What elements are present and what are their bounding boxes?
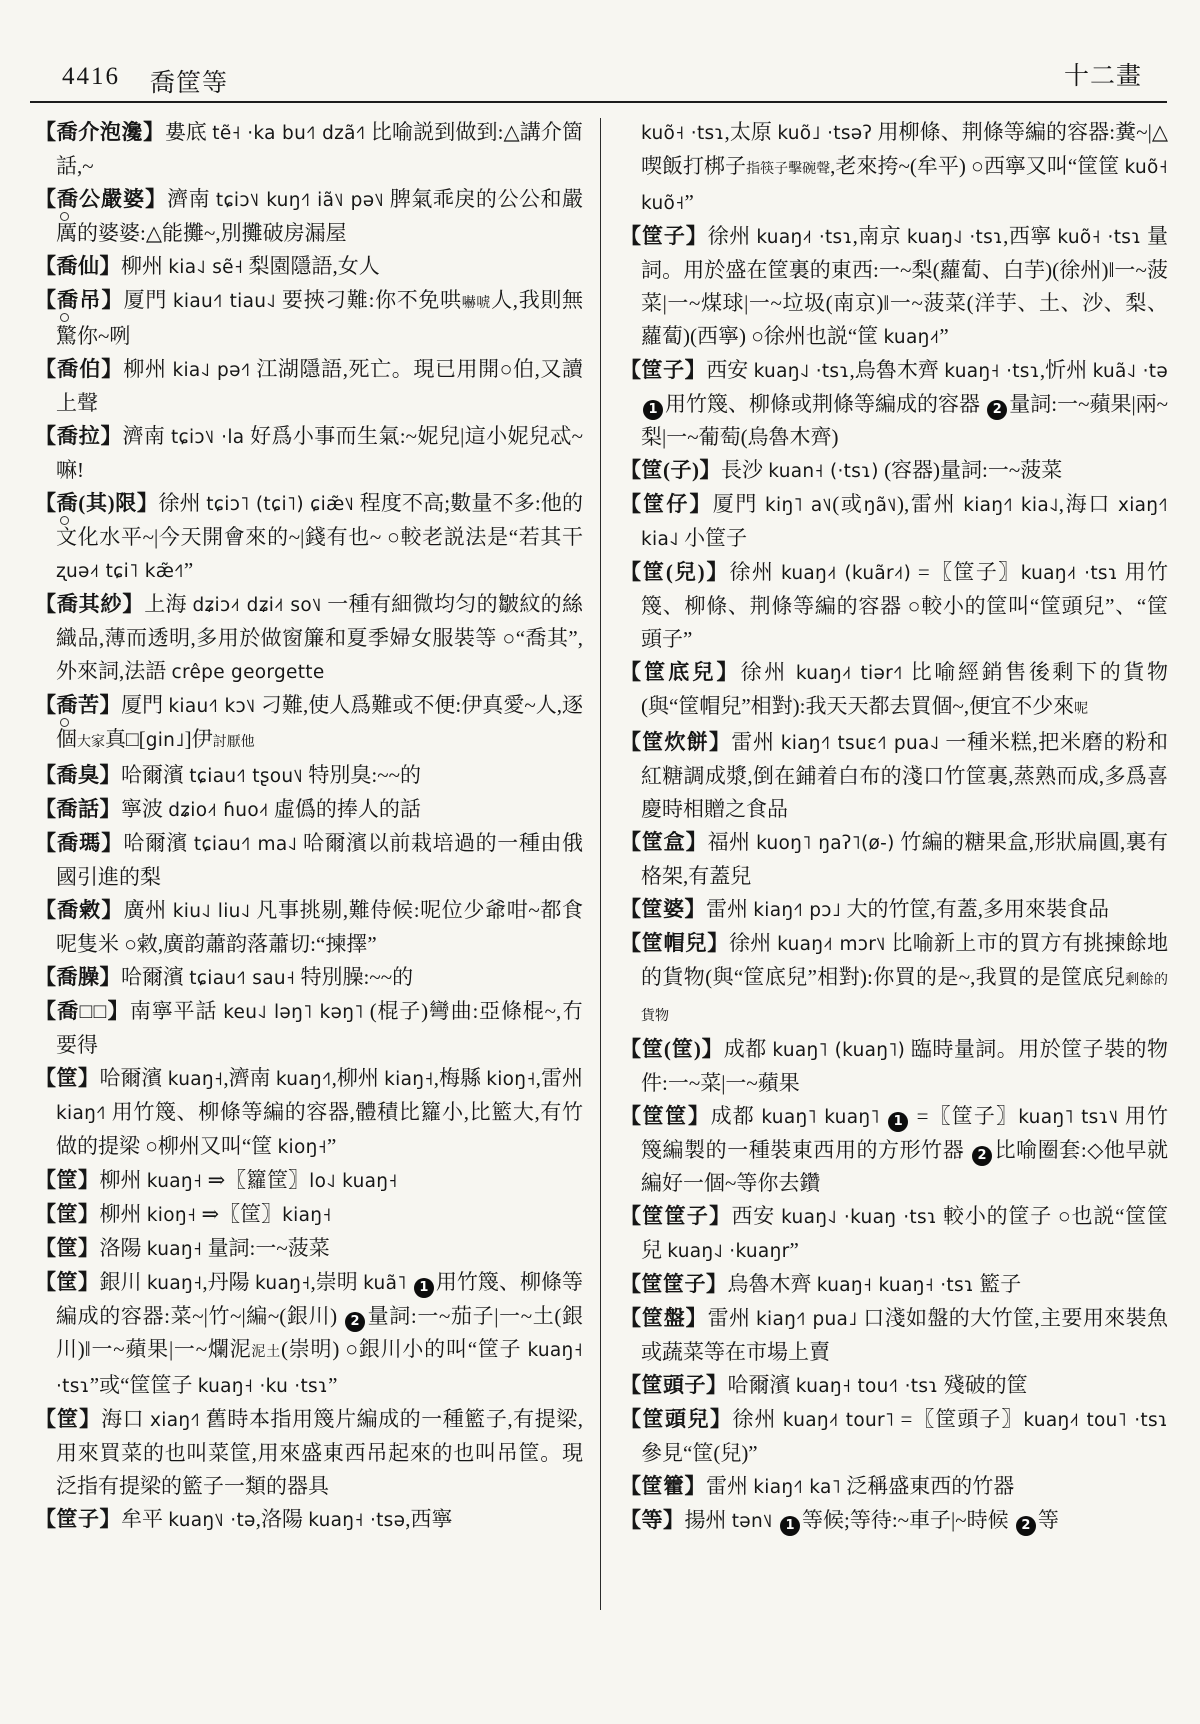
phonetic-transcription: kuaŋ˥ kuaŋ˥ [761,1107,879,1128]
definition-text: 濟南 [167,187,216,211]
definition-text: 籃子 [974,1272,1021,1296]
phonetic-transcription: kuaŋ˥ (kuaŋ˥) [772,1040,905,1061]
sense-number: 1 [780,1516,800,1536]
dictionary-entry: 【喬臭】哈爾濱 tɕiau˧˥ tʂou˥˩ 特別臭:~~的 [35,759,583,793]
definition-text: 雷州 [706,1474,753,1498]
dictionary-entry: 【筐盤】雷州 kiaŋ˧˥ pua˩ 口淺如盤的大竹筐,主要用來裝魚或蔬菜等在市… [620,1302,1168,1369]
dictionary-entry: 【筐】洛陽 kuaŋ˧ 量詞:一~菠菜 [35,1232,583,1266]
entry-headword: 【筐子】 [620,358,706,382]
entry-headword: 【筐】 [35,1407,101,1431]
phonetic-transcription: ŋã˥˩ [864,495,897,516]
entry-headword: 【喬吊】 [35,288,124,312]
dictionary-entry: 【等】揚州 tən˥˩ 1等候;等待:~車子|~時候 2等 [620,1504,1168,1538]
definition-text: 徐州 [708,224,757,248]
running-head: 4416 喬筐等 十二畫 [62,56,1142,99]
definition-text: 真□[ [105,727,146,751]
sense-number: 2 [987,400,1007,420]
definition-text: 徐州 [729,560,780,584]
phonetic-transcription: ʐuə˨˦ tɕi˥ kæ̃˧˥ [56,561,184,582]
entry-headword: 【筐(子)】 [620,458,721,482]
phonetic-transcription: kiaŋ˧˥ ka˥ [753,1477,841,1498]
stroke-section-label: 十二畫 [1064,56,1142,92]
definition-text: 泛稱盛東西的竹器 [841,1474,1014,1498]
small-gloss: 指筷子擊碗聲 [746,162,830,177]
phonetic-transcription: kiaŋ˧˥ [56,1103,106,1124]
definition-text: 成都 [724,1037,773,1061]
dictionary-entry: 【筐炊餅】雷州 kiaŋ˧˥ tsuɛ˧˥ pua˨˩ 一種米糕,把米磨的粉和紅… [620,726,1168,826]
dictionary-entry: 【筐子】西安 kuaŋ˨˩ ·tsɿ,烏魯木齊 kuaŋ˧ ·tsɿ,忻州 ku… [620,354,1168,454]
entry-headword: 【筐(兒)】 [620,560,729,584]
definition-text: 殘破的筐 [938,1373,1027,1397]
definition-text: 等候;等待:~車子|~時候 [802,1508,1014,1532]
definition-text: ,雷州 [536,1066,583,1090]
definition-text: 海口 [101,1407,150,1431]
entry-headword: 【喬□□】 [35,999,130,1023]
phonetic-transcription: kuaŋ˨˩ ·tsɿ [754,361,850,382]
entry-headword: 【喬(其)限】 [35,491,159,515]
dictionary-entry: 【筐婆】雷州 kiaŋ˧˥ pɔ˩ 大的竹筐,有蓋,多用來裝食品 [620,893,1168,927]
dictionary-entry: 【筐頭子】哈爾濱 kuaŋ˧ tou˧˥ ·tsɿ 殘破的筐 [620,1369,1168,1403]
dictionary-entry: 【喬話】寧波 dʑio˨˦ ɦuo˨˦ 虛僞的捧人的話 [35,793,583,827]
phonetic-transcription: kuaŋ˧ [147,1239,203,1260]
definition-text: 福州 [708,830,756,854]
phonetic-transcription: kuaŋ˧ ·tsə [308,1510,405,1531]
phonetic-transcription: lo˨˩ kuaŋ˧ [309,1171,398,1192]
definition-text [407,1270,412,1294]
phonetic-transcription: kioŋ˧ [147,1205,197,1226]
phonetic-transcription: kuaŋ˨˩ ·kuaŋ ·tsɿ [781,1207,937,1228]
phonetic-transcription: kuaŋ˥˩ ·tə [168,1510,255,1531]
dictionary-entry: 【筐頭兒】徐州 kuaŋ˨˦ tour˥ =〖筐頭子〗kuaŋ˨˦ tou˥ ·… [620,1403,1168,1470]
definition-text: ]伊 [185,727,213,751]
entry-headword: 【筐(筐)】 [620,1037,724,1061]
entry-headword: 【筐】 [35,1270,100,1294]
definition-text: 寧波 [121,797,168,821]
phonetic-transcription: kuaŋ˧ tou˧˥ ·tsɿ [796,1376,939,1397]
small-gloss: 討厭他 [213,735,255,750]
definition-text: 南寧平話 [130,999,223,1023]
phonetic-transcription: kiau˧˥ tiau˨˩ [173,291,276,312]
definition-text: =〖筐子〗 [910,1104,1018,1128]
phonetic-transcription: tɕiɔ˥˩ ·la [171,427,244,448]
definition-text: 牟平 [121,1507,168,1531]
definition-text: ⇒〖筐〗 [196,1202,282,1226]
definition-text: 成都 [711,1104,762,1128]
phonetic-transcription: kuaŋ˨˦ mɔr˥˩ [777,934,886,955]
phonetic-transcription: tɕiau˧˥ tʂou˥˩ [189,766,303,787]
phonetic-transcription: kuã˥ [363,1273,407,1294]
definition-text: ),雷州 [897,492,963,516]
definition-text: 用竹篾、柳條或荆條等編成的容器 [665,392,985,416]
sense-number: 1 [643,400,663,420]
dictionary-entry: 【喬苦】厦門 kiau˧˥ kɔ˥˩ 刁難,使人爲難或不便:伊真愛~人,逐個大家… [35,689,583,759]
entry-headword: 【喬話】 [35,797,121,821]
definition-text: ” [685,190,694,214]
dictionary-entry: 【筐底兒】徐州 kuaŋ˨˦ tiər˧˥ 比喻經銷售後剩下的貨物(與“筐帽兒”… [620,656,1168,726]
phonetic-transcription: kiu˨˩ liu˨˩ [173,901,251,922]
text-columns: 【喬介泡瀺】婁底 tẽ˧ ·ka bu˧˥ dzã˧˥ 比喻説到做到:△講介箇話… [35,116,1168,1538]
definition-text: 上海 [144,592,192,616]
dictionary-entry: 【喬公嚴婆】濟南 tɕiɔ˥˩ kuŋ˧˥ iã˥˩ pə˥˩ 脾氣乖戾的公公和… [35,183,583,250]
entry-headword: 【筐仔】 [620,492,713,516]
definition-text: 厦門 [121,693,168,717]
definition-text: ,老來挎~(牟平) ○西寧又叫“筐筐 [830,154,1124,178]
definition-text: 徐州 [733,1407,783,1431]
phonetic-transcription: kuaŋ˨˩ ·tsɿ [907,227,1003,248]
phonetic-transcription: kuaŋ˨˦ (kuãr˨˦) [781,563,911,584]
dictionary-entry: 【喬仙】柳州 kia˨˩ sẽ˧ 梨園隱語,女人 [35,250,583,284]
phonetic-transcription: kuaŋ˨˦ tou˥ ·tsɿ [1023,1410,1168,1431]
definition-text: 雷州 [731,730,780,754]
definition-text: 哈爾濱 [728,1373,796,1397]
sense-number: 2 [1016,1516,1036,1536]
phonetic-transcription: kuõ˧ ·tsɿ [641,123,725,144]
page-number: 4416 [62,63,120,99]
definition-text: 揚州 [685,1508,732,1532]
dictionary-entry: 【筐盒】福州 kuoŋ˥ ŋaʔ˥(ø-) 竹編的糖果盒,形狀扁圓,裏有格架,有… [620,826,1168,893]
entry-headword: 【筐筐】 [620,1104,711,1128]
definition-text: ” [327,1134,336,1158]
dictionary-entry: 【筐(筐)】成都 kuaŋ˥ (kuaŋ˥) 臨時量詞。用於筐子裝的物件:一~菜… [620,1033,1168,1100]
dictionary-entry-continuation: kuõ˧ ·tsɿ,太原 kuõ˩ ·tsəʔ 用柳條、荆條等編的容器:糞~|△… [620,116,1168,220]
definition-text: 徐州 [729,931,777,955]
definition-text: 柳州 [121,254,168,278]
entry-headword: 【喬伯】 [35,357,123,381]
definition-text: 婁底 [165,120,213,144]
entry-headword: 【筐頭子】 [620,1373,728,1397]
entry-headword: 【筐筐子】 [620,1204,731,1228]
entry-headword: 【喬敹】 [35,898,124,922]
dictionary-entry: 【喬吊】厦門 kiau˧˥ tiau˨˩ 要挾刁難:你不免哄嚇唬人,我則無驚你~… [35,284,583,353]
dictionary-page: 4416 喬筐等 十二畫 【喬介泡瀺】婁底 tẽ˧ ·ka bu˧˥ dzã˧˥… [0,0,1200,1724]
small-gloss: 呢 [1074,702,1088,717]
dictionary-entry: 【筐帽兒】徐州 kuaŋ˨˦ mɔr˥˩ 比喻新上市的買方有挑揀餘地的貨物(與“… [620,927,1168,1033]
definition-text: 柳州 [100,1168,147,1192]
small-gloss: 嚇唬 [462,296,491,311]
definition-text: 西安 [731,1204,781,1228]
entry-headword: 【筐帽兒】 [620,931,729,955]
phonetic-transcription: kuaŋ˧ kuaŋ˧ ·tsɿ [817,1275,974,1296]
definition-text: (崇明) ○銀川小的叫“筐子 [281,1337,527,1361]
definition-text: ,丹陽 [202,1270,255,1294]
definition-text: 柳州 [123,357,172,381]
small-gloss: 泥土 [251,1345,281,1360]
definition-text: 大的竹筐,有蓋,多用來裝食品 [841,897,1109,921]
phonetic-transcription: kiau˧˥ kɔ˥˩ [168,696,255,717]
definition-text: (容器)量詞:一~菠菜 [879,458,1062,482]
phonetic-transcription: kuaŋ˧ [147,1171,203,1192]
phonetic-transcription: kuoŋ˥ ŋaʔ˥(ø-) [756,833,895,854]
definition-text: ”或“筐筐子 [90,1373,198,1397]
entry-headword: 【喬臊】 [35,965,121,989]
entry-headword: 【筐子】 [35,1507,121,1531]
definition-text: 廣州 [124,898,173,922]
entry-headword: 【筐筐子】 [620,1272,728,1296]
phonetic-transcription: kioŋ˧ [278,1137,328,1158]
definition-text: 要挾刁難:你不免哄 [276,288,462,312]
definition-text: 徐州 [159,491,207,515]
phonetic-transcription: kuaŋ˥ tsɿ˥˩ [1018,1107,1118,1128]
entry-headword: 【喬瑪】 [35,831,123,855]
definition-text: 量詞:一~菠菜 [202,1236,329,1260]
dictionary-entry: 【筐仔】厦門 kiŋ˥ a˥˩(或ŋã˥˩),雷州 kiaŋ˧˥ kia˨˩,海… [620,488,1168,556]
dictionary-entry: 【喬(其)限】徐州 tɕiɔ˥ (tɕi˥) ɕiæ̃˥˩ 程度不高;數量不多:… [35,487,583,588]
definition-text: =〖筐子〗 [911,560,1021,584]
dictionary-entry: 【筐(兒)】徐州 kuaŋ˨˦ (kuãr˨˦) =〖筐子〗kuaŋ˨˦ ·ts… [620,556,1168,656]
definition-text: ⇒〖籮筐〗 [202,1168,309,1192]
small-gloss: 大家 [77,735,105,750]
phonetic-transcription: dʑiɔ˨˦ dʑi˨˦ so˥˩ [192,595,321,616]
phonetic-transcription: kuaŋ˧˥ [276,1069,332,1090]
entry-headword: 【筐】 [35,1168,100,1192]
phonetic-transcription: kiaŋ˧˥ pua˩ [756,1309,858,1330]
definition-text: ” [328,1373,337,1397]
phonetic-transcription: gin˩ [146,730,185,751]
definition-text: 厦門 [713,492,765,516]
dictionary-entry: 【筐子】牟平 kuaŋ˥˩ ·tə,洛陽 kuaŋ˧ ·tsə,西寧 [35,1503,583,1537]
phonetic-transcription: kia˨˩ sẽ˧ [168,257,243,278]
dictionary-entry: 【筐筐子】烏魯木齊 kuaŋ˧ kuaŋ˧ ·tsɿ 籃子 [620,1268,1168,1302]
phonetic-transcription: kiŋ˥ a˥˩ [765,495,832,516]
definition-text: ” [939,324,948,348]
phonetic-transcription: kiaŋ˧ [384,1069,434,1090]
phonetic-transcription: xiaŋ˧˥ [150,1410,200,1431]
definition-text: ,太原 [725,120,778,144]
entry-headword: 【喬苦】 [35,693,121,717]
definition-text: 特別臭:~~的 [303,763,421,787]
phonetic-transcription: tɕiau˧˥ ma˨˩ [194,834,297,855]
phonetic-transcription: kiaŋ˧˥ tsuɛ˧˥ pua˨˩ [781,733,940,754]
definition-text: 等 [1038,1508,1059,1532]
dictionary-entry: 【喬拉】濟南 tɕiɔ˥˩ ·la 好爲小事而生氣:~妮兒|這小妮兒忒~嘛! [35,420,583,487]
sense-number: 1 [414,1278,434,1298]
entry-headword: 【喬仙】 [35,254,121,278]
dictionary-entry: 【筐】哈爾濱 kuaŋ˧,濟南 kuaŋ˧˥,柳州 kiaŋ˧,梅縣 kioŋ˧… [35,1062,583,1164]
dictionary-entry: 【喬□□】南寧平話 keu˨˩ ləŋ˥ kəŋ˥ (棍子)彎曲:亞條棍~,冇要… [35,995,583,1062]
definition-text: ,崇明 [311,1270,364,1294]
phonetic-transcription: kuaŋ˧ ·tsɿ [944,361,1040,382]
definition-text: 參見“筐(兒)” [641,1441,758,1465]
definition-text: 銀川 [100,1270,147,1294]
entry-headword: 【等】 [620,1508,685,1532]
definition-text: 徐州 [741,660,796,684]
dictionary-entry: 【喬瑪】哈爾濱 tɕiau˧˥ ma˨˩ 哈爾濱以前栽培過的一種由俄國引進的梨 [35,827,583,894]
definition-text: 長沙 [721,458,768,482]
dictionary-entry: 【筐子】徐州 kuaŋ˨˦ ·tsɿ,南京 kuaŋ˨˩ ·tsɿ,西寧 kuõ… [620,220,1168,354]
entry-headword: 【筐底兒】 [620,660,741,684]
phonetic-transcription: kuaŋ˨˦ tour˥ [783,1410,895,1431]
phonetic-transcription: crêpe georgette [172,662,325,683]
entry-headword: 【筐盒】 [620,830,708,854]
definition-text: (或 [832,492,863,516]
definition-text: ,梅縣 [434,1066,487,1090]
dictionary-entry: 【筐籗】雷州 kiaŋ˧˥ ka˥ 泛稱盛東西的竹器 [620,1470,1168,1504]
definition-text: 洛陽 [100,1236,147,1260]
dictionary-entry: 【筐(子)】長沙 kuan˧ (·tsɿ) (容器)量詞:一~菠菜 [620,454,1168,488]
entry-headword: 【筐婆】 [620,897,706,921]
dictionary-entry: 【筐筐子】西安 kuaŋ˨˩ ·kuaŋ ·tsɿ 較小的筐子 ○也説“筐筐兒 … [620,1200,1168,1268]
phonetic-transcription: tɕiɔ˥ (tɕi˥) ɕiæ̃˥˩ [206,494,354,515]
definition-text: 雷州 [706,897,753,921]
definition-text: ” [790,1238,799,1262]
definition-text: 柳州 [100,1202,147,1226]
definition-text [773,1508,778,1532]
definition-text: ,濟南 [223,1066,276,1090]
phonetic-transcription: kiaŋ˧˥ pɔ˩ [753,900,841,921]
entry-headword: 【喬其紗】 [35,592,144,616]
dictionary-entry: 【喬介泡瀺】婁底 tẽ˧ ·ka bu˧˥ dzã˧˥ 比喻説到做到:△講介箇話… [35,116,583,183]
definition-text: 小筐子 [679,526,747,550]
column-left: 【喬介泡瀺】婁底 tẽ˧ ·ka bu˧˥ dzã˧˥ 比喻説到做到:△講介箇話… [35,116,583,1538]
phonetic-transcription: kiaŋ˧˥ kia˨˩ [963,495,1059,516]
dictionary-entry: 【喬伯】柳州 kia˨˩ pə˧˥ 江湖隱語,死亡。現已用開○伯,又讀上聲 [35,353,583,420]
entry-headword: 【喬介泡瀺】 [35,120,165,144]
definition-text: 西安 [706,358,753,382]
definition-text: 哈爾濱 [121,965,189,989]
definition-text: ,烏魯木齊 [849,358,944,382]
definition-text: ,西寧 [405,1507,452,1531]
entry-headword: 【筐】 [35,1066,100,1090]
entry-headword: 【筐】 [35,1236,100,1260]
definition-text: 哈爾濱 [100,1066,168,1090]
definition-text: 哈爾濱 [121,763,189,787]
definition-text: 梨園隱語,女人 [243,254,380,278]
definition-text: 哈爾濱 [123,831,194,855]
phonetic-transcription: kuaŋ˧ ·ku ·tsɿ [198,1376,328,1397]
phonetic-transcription: kuaŋ˨˦ [883,327,939,348]
entry-headword: 【筐】 [35,1202,100,1226]
definition-text: ,西寧 [1003,224,1057,248]
phonetic-transcription: kuaŋ˧ [147,1273,203,1294]
definition-text: ,忻州 [1040,358,1093,382]
sense-number: 2 [345,1312,365,1332]
phonetic-transcription: tən˥˩ [732,1511,773,1532]
dictionary-entry: 【筐筐】成都 kuaŋ˥ kuaŋ˥ 1 =〖筐子〗kuaŋ˥ tsɿ˥˩ 用竹… [620,1100,1168,1200]
phonetic-transcription: tɕiɔ˥˩ kuŋ˧˥ iã˥˩ pə˥˩ [216,190,384,211]
phonetic-transcription: dʑio˨˦ ɦuo˨˦ [168,800,268,821]
phonetic-transcription: keu˨˩ ləŋ˥ kəŋ˥ [223,1002,363,1023]
definition-text: 烏魯木齊 [728,1272,817,1296]
entry-headword: 【筐炊餅】 [620,730,731,754]
phonetic-transcription: tẽ˧ ·ka bu˧˥ dzã˧˥ [212,123,365,144]
definition-text: ,柳州 [332,1066,385,1090]
phonetic-transcription: kuõ˧ ·tsɿ [1057,227,1141,248]
phonetic-transcription: kuõ˩ ·tsəʔ [777,123,872,144]
phonetic-transcription: kuaŋ˨˩ ·kuaŋr [667,1241,789,1262]
phonetic-transcription: kuaŋ˨˦ ·tsɿ [1021,563,1118,584]
guide-words: 喬筐等 [150,63,228,99]
phonetic-transcription: kuã˨˩ ·tə [1093,361,1168,382]
definition-text: 特別臊:~~的 [295,965,413,989]
phonetic-transcription: tɕiau˧˥ sau˧ [189,968,295,989]
dictionary-entry: 【喬臊】哈爾濱 tɕiau˧˥ sau˧ 特別臊:~~的 [35,961,583,995]
phonetic-transcription: kuaŋ˨˦ ·tsɿ [756,227,852,248]
definition-text: ,海口 [1059,492,1118,516]
entry-headword: 【筐子】 [620,224,708,248]
dictionary-entry: 【筐】柳州 kioŋ˧ ⇒〖筐〗kiaŋ˧ [35,1198,583,1232]
definition-text [880,1104,886,1128]
definition-text: 雷州 [708,1306,756,1330]
entry-headword: 【筐頭兒】 [620,1407,733,1431]
phonetic-transcription: kuaŋ˧ [255,1273,311,1294]
definition-text: 虛僞的捧人的話 [269,797,421,821]
phonetic-transcription: kioŋ˧ [486,1069,536,1090]
sense-number: 1 [888,1112,908,1132]
definition-text: =〖筐頭子〗 [894,1407,1023,1431]
column-right: kuõ˧ ·tsɿ,太原 kuõ˩ ·tsəʔ 用柳條、荆條等編的容器:糞~|△… [620,116,1168,1538]
sense-number: 2 [972,1146,992,1166]
dictionary-entry: 【筐】銀川 kuaŋ˧,丹陽 kuaŋ˧,崇明 kuã˥ 1用竹篾、柳條等編成的… [35,1266,583,1403]
entry-headword: 【喬公嚴婆】 [35,187,167,211]
dictionary-entry: 【喬敹】廣州 kiu˨˩ liu˨˩ 凡事挑剔,難侍候:呢位少爺咁~都食呢隻米 … [35,894,583,961]
dictionary-entry: 【筐】柳州 kuaŋ˧ ⇒〖籮筐〗lo˨˩ kuaŋ˧ [35,1164,583,1198]
header-rule [30,101,1167,103]
column-divider [600,118,601,1610]
phonetic-transcription: kuaŋ˧ [168,1069,224,1090]
phonetic-transcription: kuan˧ (·tsɿ) [768,461,879,482]
dictionary-entry: 【筐】海口 xiaŋ˧˥ 舊時本指用篾片編成的一種籃子,有提梁,用來買菜的也叫菜… [35,1403,583,1503]
entry-headword: 【筐盤】 [620,1306,708,1330]
phonetic-transcription: kuaŋ˨˦ tiər˧˥ [796,663,903,684]
definition-text: ” [184,558,193,582]
entry-headword: 【喬拉】 [35,424,123,448]
definition-text: ,洛陽 [256,1507,309,1531]
dictionary-entry: 【喬其紗】上海 dʑiɔ˨˦ dʑi˨˦ so˥˩ 一種有細微均匀的皺紋的絲織品… [35,588,583,689]
entry-headword: 【喬臭】 [35,763,121,787]
definition-text: 厦門 [124,288,173,312]
definition-text: 濟南 [123,424,171,448]
phonetic-transcription: kia˨˩ pə˧˥ [172,360,250,381]
entry-headword: 【筐籗】 [620,1474,706,1498]
phonetic-transcription: kiaŋ˧ [282,1205,332,1226]
definition-text: ,南京 [853,224,907,248]
running-head-left: 4416 喬筐等 [62,63,228,99]
